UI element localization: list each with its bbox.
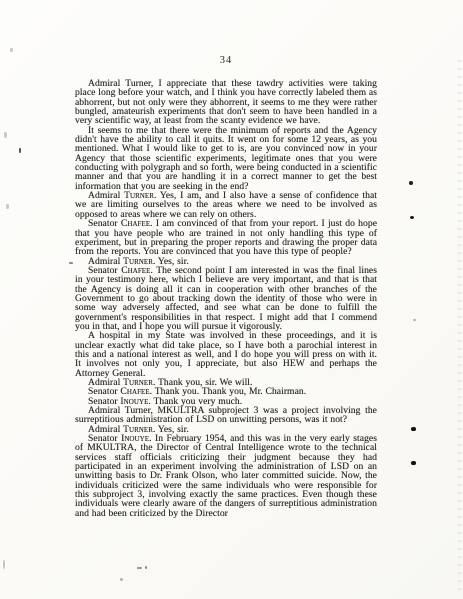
ink-speck [413, 319, 416, 321]
paragraph-text: A hospital in my State was involved in t… [75, 330, 377, 378]
scanned-page: 34 Admiral Turner, I appreciate that the… [0, 0, 463, 599]
ink-speck [410, 216, 414, 219]
paragraph-text: In February 1954, and this was in the ve… [75, 433, 377, 519]
transcript-paragraph: Admiral Turner, I appreciate that these … [75, 79, 377, 126]
paragraph-text: Admiral Turner, I appreciate that these … [75, 78, 377, 126]
ink-speck [69, 262, 73, 264]
ink-speck [10, 48, 13, 52]
ink-speck [3, 560, 5, 569]
transcript-paragraph: Admiral Turner. Yes, I am, and I also ha… [75, 191, 377, 219]
ink-speck [6, 204, 9, 209]
transcript-paragraph: Senator Inouye. In February 1954, and th… [75, 434, 377, 518]
ink-speck [409, 181, 413, 185]
paragraph-text: Admiral Turner, MKULTRA subproject 3 was… [75, 405, 377, 425]
transcript-paragraph: A hospital in my State was involved in t… [75, 331, 377, 378]
ink-speck [137, 567, 142, 569]
transcript-paragraph: Senator Chafee. I am convinced of that f… [75, 219, 377, 256]
transcript-paragraph: Admiral Turner, MKULTRA subproject 3 was… [75, 406, 377, 425]
ink-speck [4, 132, 7, 138]
ink-speck [19, 148, 21, 153]
transcript-paragraph: Senator Chafee. The second point I am in… [75, 266, 377, 331]
paragraph-text: The second point I am interested in was … [75, 265, 377, 332]
paragraph-text: It seems to me that there were the minim… [75, 125, 377, 192]
scan-edge-noise [458, 60, 461, 591]
ink-speck [411, 427, 416, 431]
transcript-paragraph: It seems to me that there were the minim… [75, 126, 377, 191]
page-number: 34 [75, 55, 377, 66]
ink-speck [120, 578, 123, 581]
transcript-body: Admiral Turner, I appreciate that these … [75, 79, 377, 518]
ink-speck [145, 566, 147, 569]
ink-speck [411, 461, 416, 465]
